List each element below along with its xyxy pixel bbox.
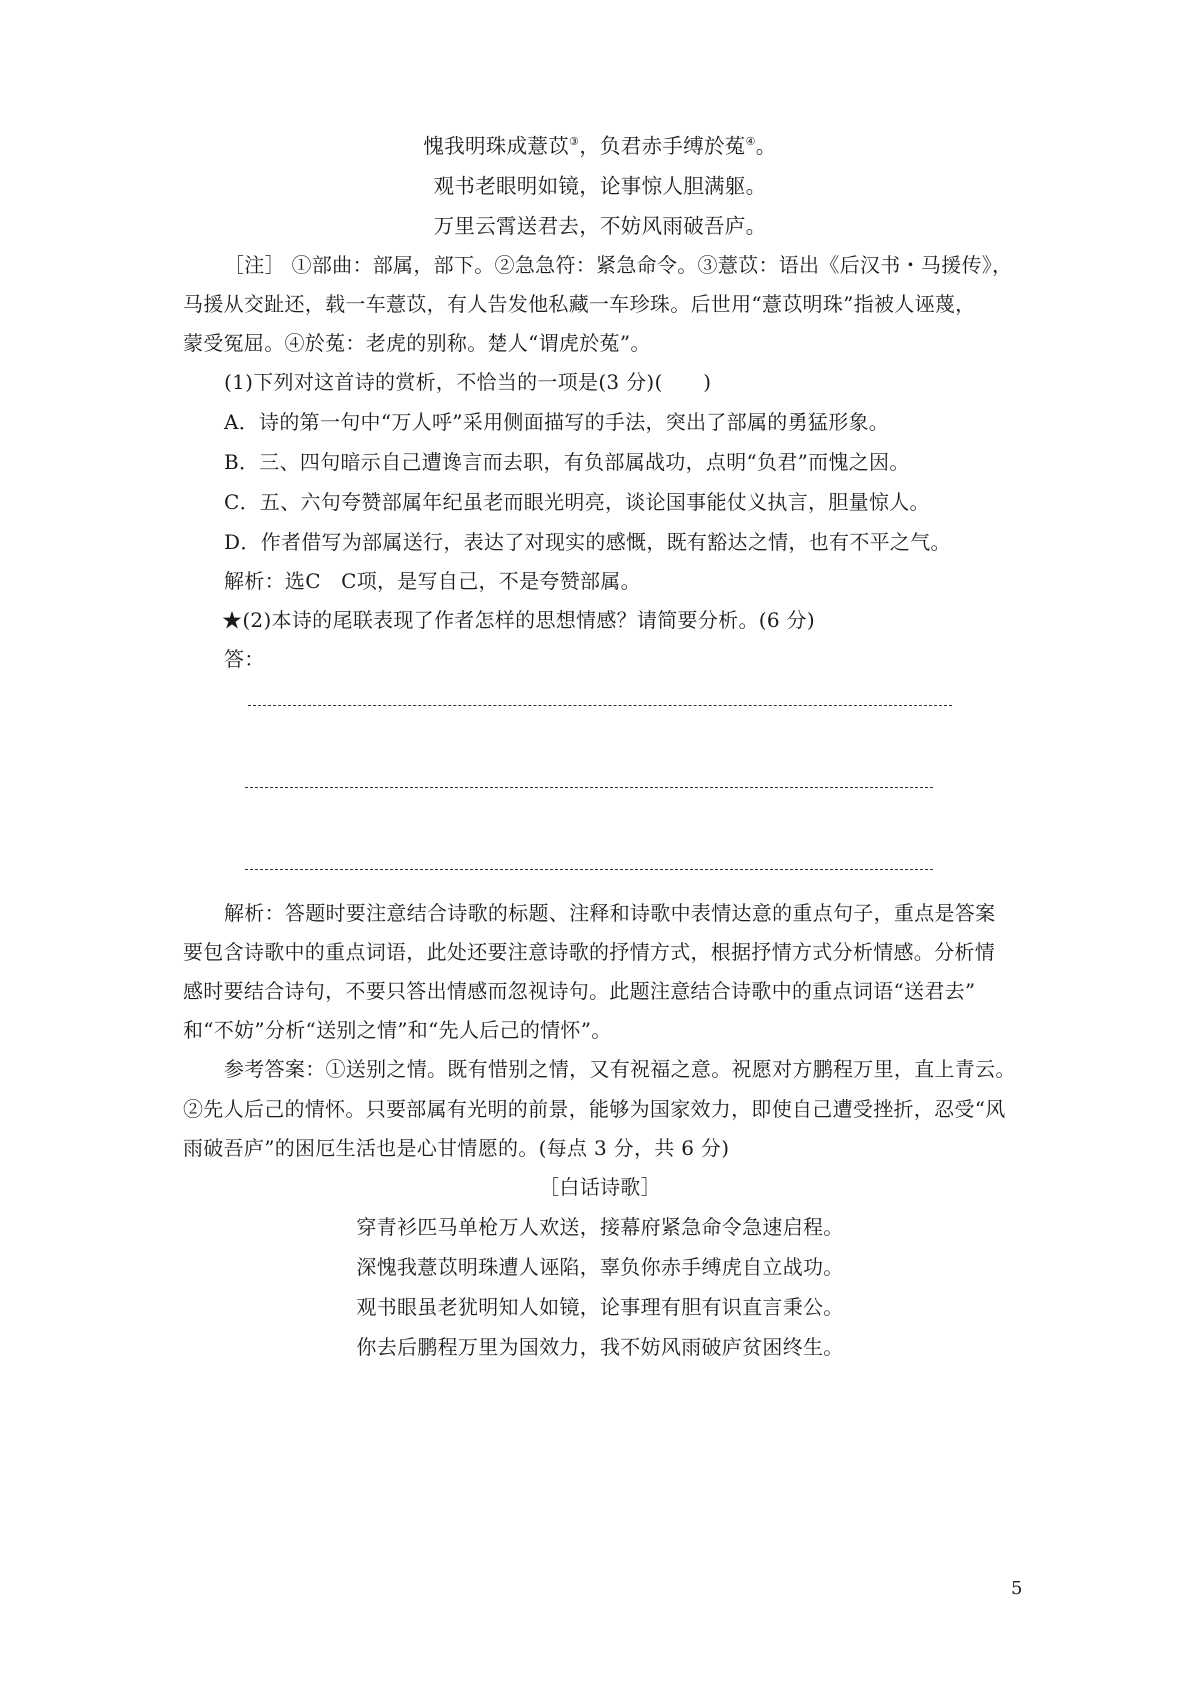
vernacular-line-3: 观书眼虽老犹明知人如镜，论事理有胆有识直言秉公。: [0, 1293, 1200, 1321]
footnote-marker-4: ④: [746, 135, 756, 148]
reference-line-2: ②先人后己的情怀。只要部属有光明的前景，能够为国家效力，即使自己遭受挫折，忍受“…: [183, 1095, 1006, 1123]
poem-line-1: 愧我明珠成薏苡③，负君赤手缚於菟④。: [0, 132, 1200, 160]
poem-line-2: 观书老眼明如镜，论事惊人胆满躯。: [0, 172, 1200, 200]
vernacular-title: ［白话诗歌］: [0, 1173, 1200, 1201]
footnote-marker-3: ③: [569, 135, 579, 148]
question-2-prompt: ★(2)本诗的尾联表现了作者怎样的思想情感？请简要分析。(6 分): [222, 606, 815, 634]
poem-text: 。: [756, 134, 777, 158]
analysis-line-2: 要包含诗歌中的重点词语，此处还要注意诗歌的抒情方式，根据抒情方式分析情感。分析情: [183, 938, 995, 966]
poem-line-3: 万里云霄送君去，不妨风雨破吾庐。: [0, 212, 1200, 240]
star-icon: ★: [222, 608, 242, 632]
document-page: 愧我明珠成薏苡③，负君赤手缚於菟④。 观书老眼明如镜，论事惊人胆满躯。 万里云霄…: [0, 0, 1200, 1698]
question-1-analysis: 解析：选C C项，是写自己，不是夸赞部属。: [224, 567, 641, 595]
option-b: B．三、四句暗示自己遭谗言而去职，有负部属战功，点明“负君”而愧之因。: [224, 448, 910, 476]
vernacular-line-2: 深愧我薏苡明珠遭人诬陷，辜负你赤手缚虎自立战功。: [0, 1253, 1200, 1281]
notes-line-3: 蒙受冤屈。④於菟：老虎的别称。楚人“谓虎於菟”。: [183, 329, 651, 357]
answer-line-3[interactable]: [245, 869, 933, 870]
notes-line-1: ［注］ ①部曲：部属，部下。②急急符：紧急命令。③薏苡：语出《后汉书・马援传》，: [224, 251, 1012, 279]
notes-line-2: 马援从交趾还，载一车薏苡，有人告发他私藏一车珍珠。后世用“薏苡明珠”指被人诬蔑，: [183, 290, 975, 318]
option-c: C．五、六句夸赞部属年纪虽老而眼光明亮，谈论国事能仗义执言，胆量惊人。: [224, 488, 930, 516]
option-d: D．作者借写为部属送行，表达了对现实的感慨，既有豁达之情，也有不平之气。: [224, 528, 951, 556]
vernacular-line-4: 你去后鹏程万里为国效力，我不妨风雨破庐贫困终生。: [0, 1333, 1200, 1361]
poem-text: 愧我明珠成薏苡: [423, 134, 569, 158]
option-a: A．诗的第一句中“万人呼”采用侧面描写的手法，突出了部属的勇猛形象。: [224, 408, 889, 436]
analysis-line-4: 和“不妨”分析“送别之情”和“先人后己的情怀”。: [183, 1016, 612, 1044]
poem-text: ，负君赤手缚於菟: [579, 134, 745, 158]
answer-label: 答：: [224, 645, 265, 673]
answer-line-1[interactable]: [248, 705, 952, 706]
vernacular-line-1: 穿青衫匹马单枪万人欢送，接幕府紧急命令急速启程。: [0, 1213, 1200, 1241]
reference-line-3: 雨破吾庐”的困厄生活也是心甘情愿的。(每点 3 分，共 6 分): [183, 1134, 729, 1162]
question-2-text: (2)本诗的尾联表现了作者怎样的思想情感？请简要分析。(6 分): [242, 608, 815, 632]
reference-line-1: 参考答案：①送别之情。既有惜别之情，又有祝福之意。祝愿对方鹏程万里，直上青云。: [224, 1055, 1016, 1083]
answer-line-2[interactable]: [245, 787, 933, 788]
analysis-line-3: 感时要结合诗句，不要只答出情感而忽视诗句。此题注意结合诗歌中的重点词语“送君去”: [183, 977, 975, 1005]
question-1-prompt: (1)下列对这首诗的赏析，不恰当的一项是(3 分)( ): [224, 368, 711, 396]
analysis-line-1: 解析：答题时要注意结合诗歌的标题、注释和诗歌中表情达意的重点句子，重点是答案: [224, 899, 995, 927]
page-number: 5: [1011, 1578, 1022, 1600]
